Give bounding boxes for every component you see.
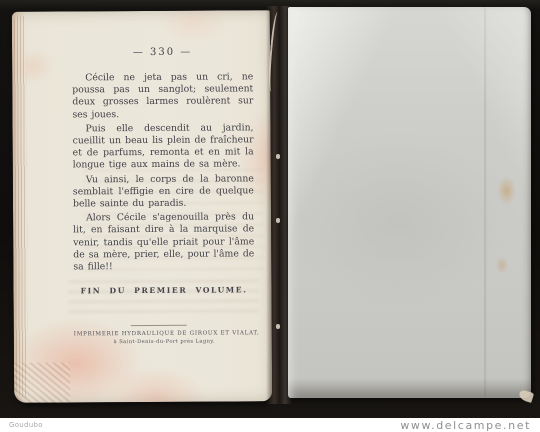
page-corner-curl <box>518 389 534 403</box>
left-page: — 330 — Cécile ne jeta pas un cri, ne po… <box>12 10 272 403</box>
page-paragraph: Alors Cécile s'agenouilla près du lit, e… <box>73 212 254 274</box>
page-paragraph: Vu ainsi, le corps de la baronne semblai… <box>73 173 254 211</box>
page-edge-stack <box>14 16 28 398</box>
stitching-thread <box>276 324 280 329</box>
stitching-thread <box>267 12 283 92</box>
page-corner-stack <box>14 362 70 402</box>
right-page-blank <box>288 7 531 398</box>
stitching-thread <box>276 218 280 223</box>
page-number: — 330 — <box>72 46 253 59</box>
printer-imprint-line-2: à Saint-Denis-du-Port près Lagny. <box>74 339 255 346</box>
stitching-thread <box>276 154 280 159</box>
page-paragraph: Cécile ne jeta pas un cri, ne poussa pas… <box>72 71 253 121</box>
seller-watermark: Goudubo <box>9 421 43 429</box>
fin-notice: FIN DU PREMIER VOLUME. <box>73 286 254 296</box>
printer-imprint-line-1: IMPRIMERIE HYDRAULIQUE DE GIROUX ET VIAL… <box>74 331 255 338</box>
page-paragraph: Puis elle descendit au jardin, cueillit … <box>72 122 253 172</box>
book-photo: — 330 — Cécile ne jeta pas un cri, ne po… <box>0 0 540 418</box>
watermark-bar: Goudubo www.delcampe.net <box>0 418 540 432</box>
separator-rule <box>130 325 186 326</box>
photo-frame: — 330 — Cécile ne jeta pas un cri, ne po… <box>0 0 540 432</box>
page-text-block: — 330 — Cécile ne jeta pas un cri, ne po… <box>72 46 255 345</box>
site-watermark: www.delcampe.net <box>400 419 531 432</box>
